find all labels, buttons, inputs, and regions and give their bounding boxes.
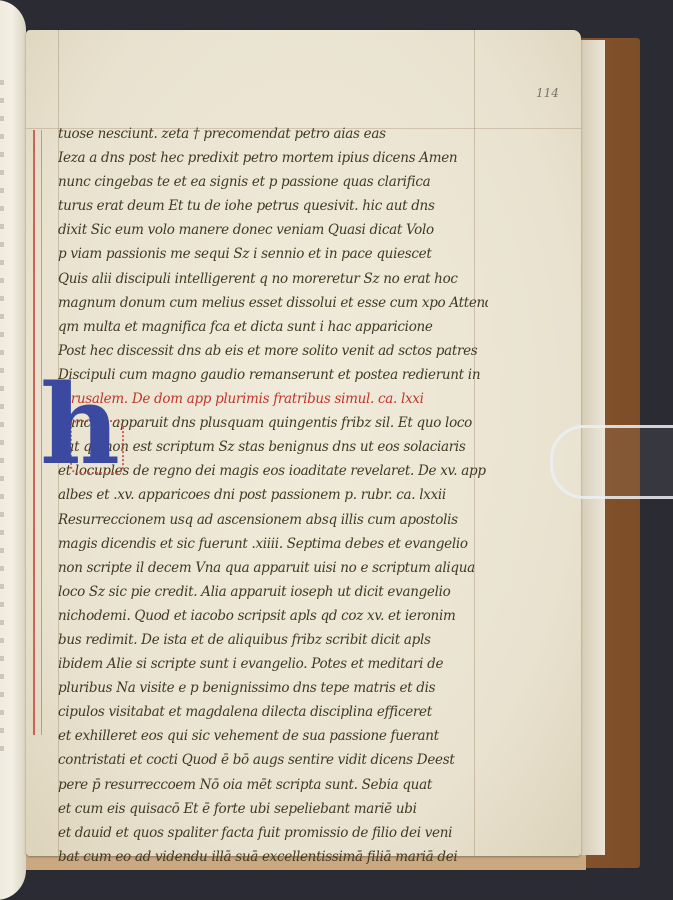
text-line: p viam passionis me sequi Sz i sennio et… xyxy=(58,242,488,266)
text-line: bus redimit. De ista et de aliquibus fri… xyxy=(58,628,488,652)
text-line: bat cum eo ad videndu illā suā excellent… xyxy=(58,845,488,869)
text-line: et cum eis quisacō Et ē forte ubi sepeli… xyxy=(58,797,488,821)
text-line: Ieza a dns post hec predixit petro morte… xyxy=(58,146,488,170)
text-line: cipulos visitabat et magdalena dilecta d… xyxy=(58,700,488,724)
text-line: qm multa et magnifica fca et dicta sunt … xyxy=(58,315,488,339)
rubric-line: Ierusalem. De dom app plurimis fratribus… xyxy=(58,387,488,411)
text-line: non scripte il decem Vna qua apparuit ui… xyxy=(58,556,488,580)
manuscript-text: tuose nesciunt. zeta † precomendat petro… xyxy=(58,122,488,869)
initial-letter: h xyxy=(40,370,120,480)
text-line: et exhilleret eos qui sic vehement de su… xyxy=(58,724,488,748)
text-line: Discipuli cum magno gaudio remanserunt e… xyxy=(58,363,488,387)
text-line: dixit Sic eum volo manere donec veniam Q… xyxy=(58,218,488,242)
text-line: nunc cingebas te et ea signis et p passi… xyxy=(58,170,488,194)
left-page-edge xyxy=(0,0,26,900)
text-line: albes et .xv. apparicoes dni post passio… xyxy=(58,483,488,507)
left-page-text xyxy=(0,80,4,760)
text-line: nichodemi. Quod et iacobo scripsit apls … xyxy=(58,604,488,628)
text-line: pere p̄ resurreccoem Nō oia mēt scripta … xyxy=(58,773,488,797)
text-line: Post hec discessit dns ab eis et more so… xyxy=(58,339,488,363)
text-line: magis dicendis et sic fuerunt .xiiii. Se… xyxy=(58,532,488,556)
text-line: et dauid et quos spaliter facta fuit pro… xyxy=(58,821,488,845)
decorated-initial: h xyxy=(30,370,102,500)
text-line: magnum donum cum melius esset dissolui e… xyxy=(58,291,488,315)
text-line: contristati et cocti Quod ē bō augs sent… xyxy=(58,748,488,772)
text-line: Quis alii discipuli intelligerent q no m… xyxy=(58,267,488,291)
text-line: pluribus Na visite e p benignissimo dns … xyxy=(58,676,488,700)
page-weight-clip xyxy=(550,425,673,499)
text-line: tuose nesciunt. zeta † precomendat petro… xyxy=(58,122,488,146)
text-line: ibidem Alie si scripte sunt i evangelio.… xyxy=(58,652,488,676)
folio-number: 114 xyxy=(536,86,559,100)
text-line: turus erat deum Et tu de iohe petrus que… xyxy=(58,194,488,218)
text-line: Resurreccionem usq ad ascensionem absq i… xyxy=(58,508,488,532)
text-line: loco Sz sic pie credit. Alia apparuit io… xyxy=(58,580,488,604)
